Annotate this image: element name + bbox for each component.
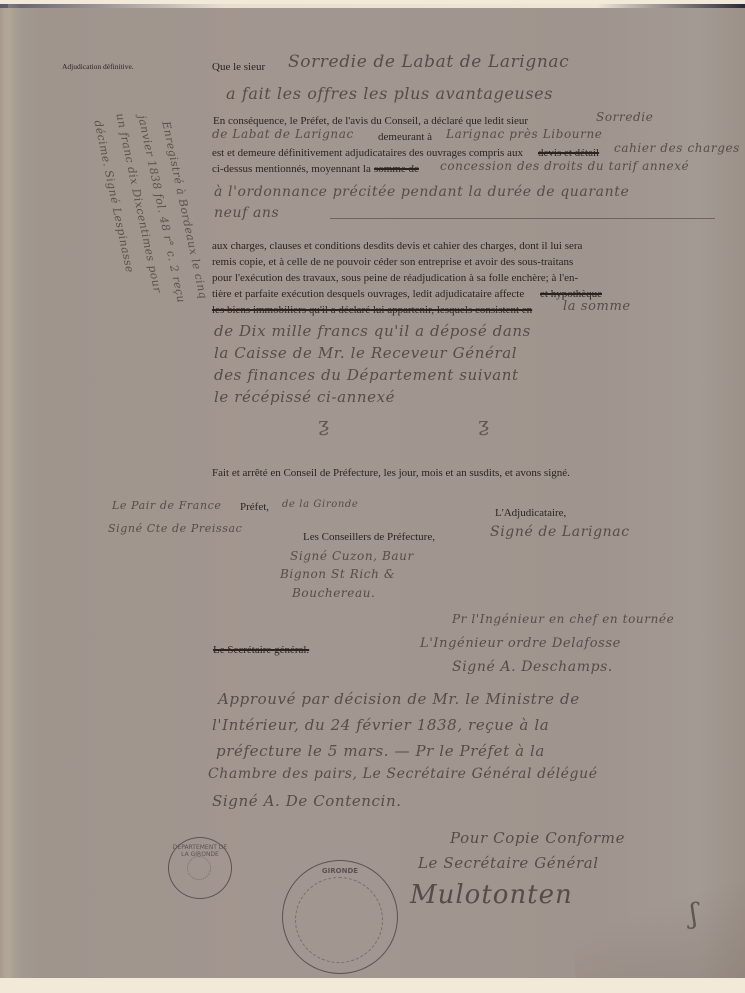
para2-line5-struck: les biens immobiliers qu'il a déclaré lu…: [212, 304, 532, 316]
prefect-hand-prefix: Le Pair de France: [112, 499, 222, 512]
small-stamp-emblem: [187, 856, 211, 880]
para1-line2-print: demeurant à: [378, 131, 432, 143]
prefect-signature: Signé Cte de Preissac: [108, 522, 242, 535]
margin-heading: Adjudication définitive.: [62, 62, 134, 71]
para1-line2-hand-a: de Labat de Larignac: [212, 127, 354, 141]
prefect-label: Préfet,: [240, 501, 269, 513]
certification-signature: Mulotonten: [410, 880, 573, 910]
adjudicataire-label: L'Adjudicataire,: [495, 507, 566, 519]
approval-line5: Signé A. De Contencin.: [212, 792, 402, 810]
para1-line4-hand: concession des droits du tarif annexé: [440, 159, 689, 173]
para1-line3-hand: cahier des charges: [614, 141, 740, 155]
flourish-mark-left: ƺ: [318, 412, 329, 436]
large-stamp-wreath: [295, 877, 383, 963]
para1-line4: ci-dessus mentionnés, moyennant la: [212, 163, 371, 175]
para1-line3-struck: devis et détail: [538, 147, 599, 159]
para2-line8-hand: des finances du Département suivant: [214, 366, 519, 384]
approval-line2: l'Intérieur, du 24 février 1838, reçue à…: [212, 716, 549, 734]
councillors-hand-1: Signé Cuzon, Baur: [290, 549, 414, 563]
page-fold-shadow: [575, 864, 745, 978]
engineer-hand-3: Signé A. Deschamps.: [452, 659, 613, 675]
closing-line: Fait et arrêté en Conseil de Préfecture,…: [212, 467, 570, 479]
para1-line1-hand: Sorredie: [596, 110, 653, 124]
para1-line4-struck: somme de: [374, 163, 419, 175]
para2-line7-hand: la Caisse de Mr. le Receveur Général: [214, 344, 517, 362]
flourish-mark-right: ƺ: [478, 412, 489, 436]
para2-line4: tière et parfaite exécution desquels ouv…: [212, 288, 524, 300]
fill-line: [330, 218, 715, 219]
small-stamp: DEPARTEMENT DE LA GIRONDE: [168, 837, 232, 899]
approval-line1: Approuvé par décision de Mr. le Ministre…: [218, 690, 580, 708]
para2-line3: pour l'exécution des travaux, sous peine…: [212, 272, 578, 284]
approval-line3: préfecture le 5 mars. — Pr le Préfet à l…: [216, 742, 545, 760]
para1-line2-hand-b: Larignac près Libourne: [446, 127, 603, 141]
large-stamp-text: GIRONDE: [283, 867, 397, 875]
approval-line4: Chambre des pairs, Le Secrétaire Général…: [208, 766, 598, 782]
document-page: Adjudication définitive. Que le sieur So…: [0, 4, 745, 978]
councillors-hand-3: Bouchereau.: [292, 586, 375, 600]
bidder-name: Sorredie de Labat de Larignac: [288, 52, 569, 72]
intro-print: Que le sieur: [212, 61, 265, 73]
certification-line2: Le Secrétaire Général: [418, 854, 599, 872]
para1-line1: En conséquence, le Préfet, de l'avis du …: [213, 115, 528, 127]
prefect-hand-suffix: de la Gironde: [282, 499, 358, 510]
certification-line1: Pour Copie Conforme: [450, 829, 625, 847]
para2-line9-hand: le récépissé ci-annexé: [214, 388, 395, 406]
councillors-label: Les Conseillers de Préfecture,: [303, 531, 435, 543]
para2-line5-hand: la somme: [563, 299, 631, 314]
offer-text: a fait les offres les plus avantageuses: [226, 84, 553, 103]
page-top-edge: [0, 4, 745, 8]
binding-shadow: [8, 4, 22, 978]
engineer-hand-1: Pr l'Ingénieur en chef en tournée: [452, 612, 674, 626]
secretary-struck: Le Secrétaire général.: [213, 644, 309, 656]
para2-line2: remis copie, et à celle de ne pouvoir cé…: [212, 256, 573, 268]
councillors-hand-2: Bignon St Rich &: [280, 567, 395, 581]
engineer-hand-2: L'Ingénieur ordre Delafosse: [420, 636, 621, 651]
large-stamp: GIRONDE: [282, 860, 398, 974]
para1-line3: est et demeure définitivement adjudicata…: [212, 147, 523, 159]
para2-line1: aux charges, clauses et conditions desdi…: [212, 240, 582, 252]
para1-line5-hand: à l'ordonnance précitée pendant la durée…: [214, 184, 629, 200]
para1-line6-hand: neuf ans: [214, 205, 279, 221]
adjudicataire-signature: Signé de Larignac: [490, 524, 630, 540]
para2-line6-hand: de Dix mille francs qu'il a déposé dans: [214, 322, 531, 340]
